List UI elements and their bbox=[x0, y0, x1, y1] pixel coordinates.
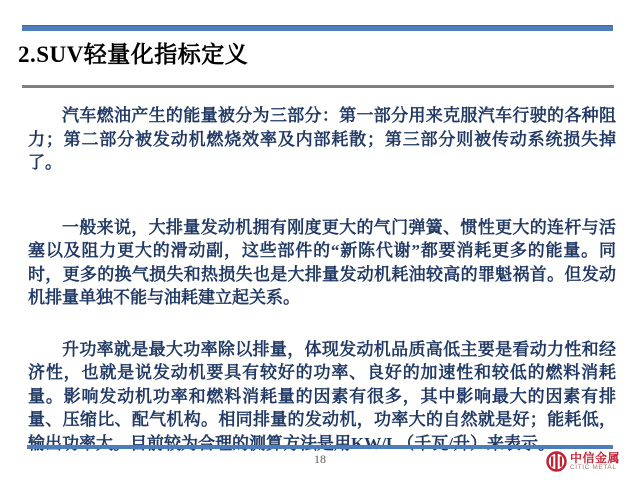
page-number: 18 bbox=[0, 452, 640, 467]
citic-logo-icon bbox=[546, 451, 567, 472]
logo-name-cn: 中信金属 bbox=[570, 452, 620, 464]
page-title: 2.SUV轻量化指标定义 bbox=[18, 36, 248, 69]
slide-body: 汽车燃油产生的能量被分为三部分：第一部分用来克服汽车行驶的各种阻力；第二部分被发… bbox=[28, 104, 616, 455]
citic-metal-logo: 中信金属 CITIC METAL bbox=[546, 451, 620, 472]
title-divider bbox=[22, 85, 614, 88]
citic-logo-text: 中信金属 CITIC METAL bbox=[570, 452, 620, 472]
top-accent-bar bbox=[22, 25, 613, 31]
logo-name-en: CITIC METAL bbox=[570, 465, 620, 472]
footer-accent-bar bbox=[27, 445, 613, 449]
paragraph-fuel-energy-split: 汽车燃油产生的能量被分为三部分：第一部分用来克服汽车行驶的各种阻力；第二部分被发… bbox=[28, 104, 616, 175]
presentation-slide: 2.SUV轻量化指标定义 汽车燃油产生的能量被分为三部分：第一部分用来克服汽车行… bbox=[0, 0, 640, 480]
paragraph-power-per-liter: 升功率就是最大功率除以排量，体现发动机品质高低主要是看动力性和经济性，也就是说发… bbox=[28, 338, 616, 456]
paragraph-large-displacement-engine: 一般来说，大排量发动机拥有刚度更大的气门弹簧、惯性更大的连杆与活塞以及阻力更大的… bbox=[28, 216, 616, 310]
